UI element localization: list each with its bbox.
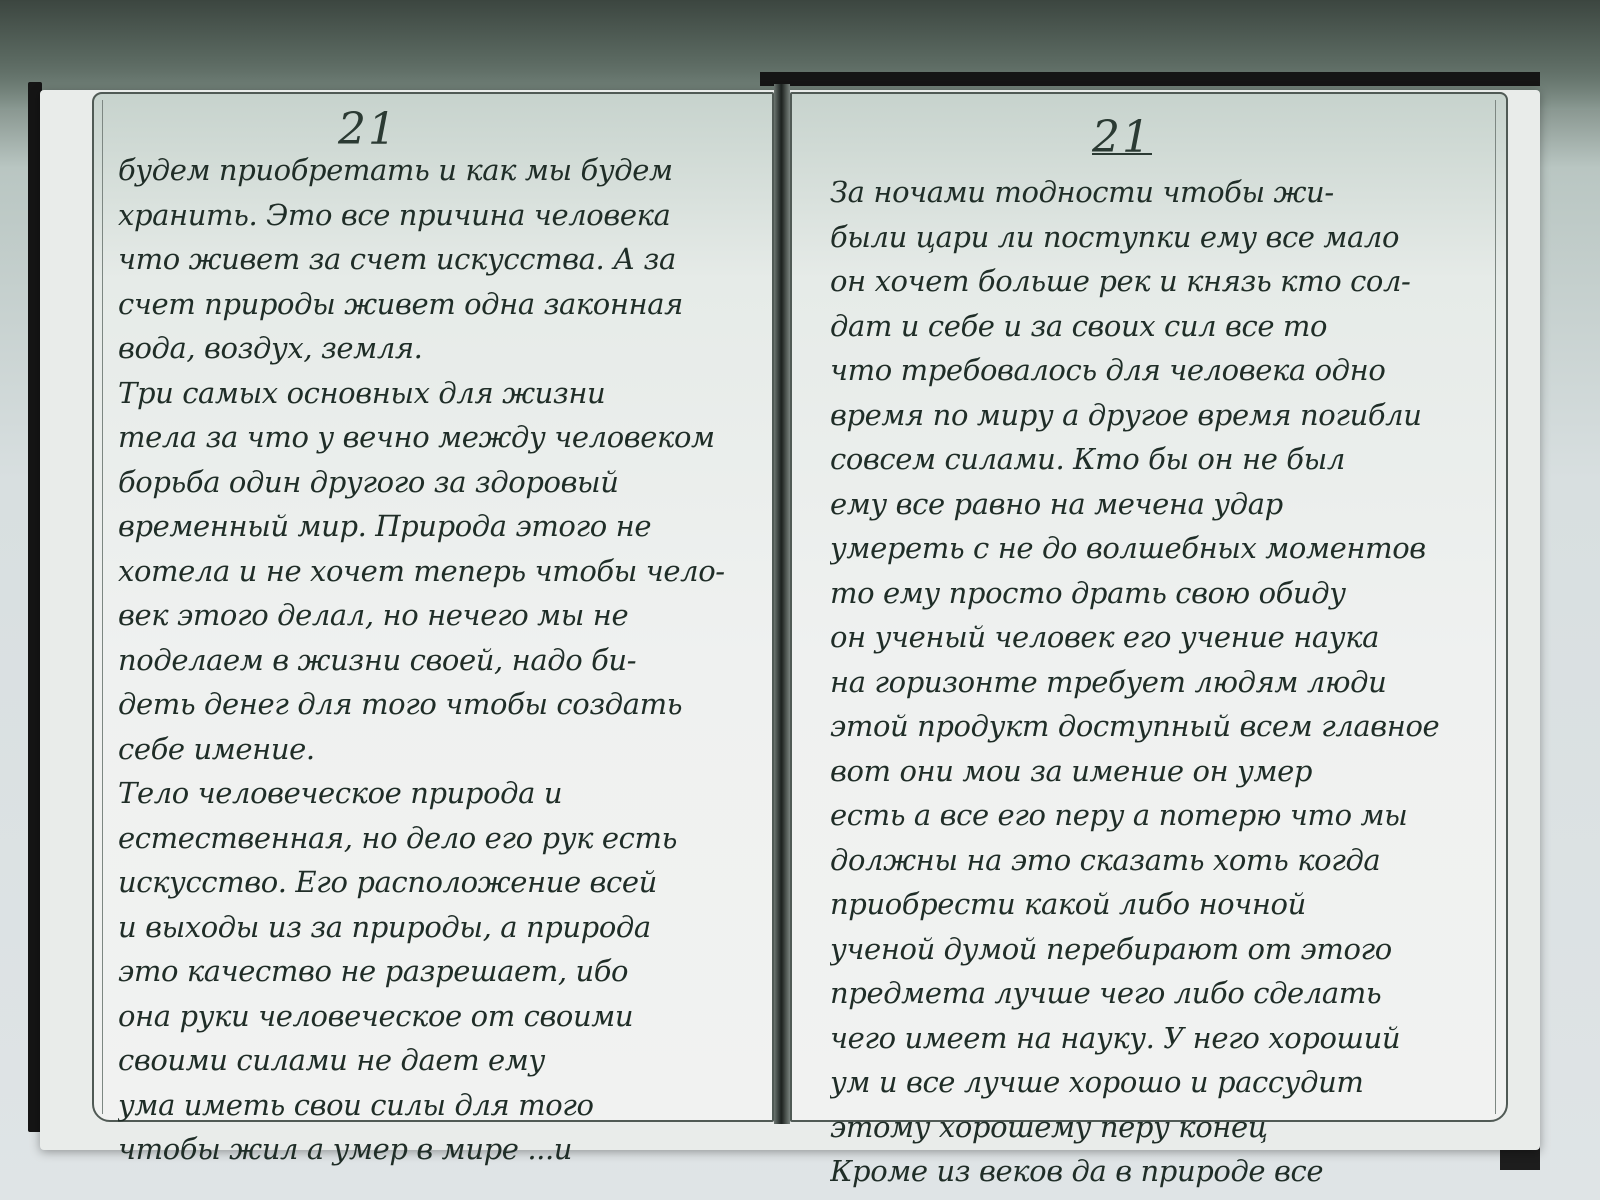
text-line: на горизонте требует людям люди [830, 660, 1490, 705]
left-page-edge-line [102, 100, 103, 1114]
text-line: ум и все лучше хорошо и рассудит [830, 1060, 1490, 1105]
text-line: деть денег для того чтобы создать [118, 682, 738, 727]
text-line: временный мир. Природа этого не [118, 504, 738, 549]
text-line: были цари ли поступки ему все мало [830, 215, 1490, 260]
text-line: ему все равно на мечена удар [830, 482, 1490, 527]
text-line: то ему просто драть свою обиду [830, 571, 1490, 616]
text-line: хранить. Это все причина человека [118, 193, 738, 238]
text-line: и выходы из за природы, а природа [118, 905, 738, 950]
text-line: дат и себе и за своих сил все то [830, 304, 1490, 349]
text-line: поделаем в жизни своей, надо би- [118, 638, 738, 683]
text-line: совсем силами. Кто бы он не был [830, 437, 1490, 482]
text-line: Три самых основных для жизни [118, 371, 738, 416]
text-line: должны на это сказать хоть когда [830, 838, 1490, 883]
text-line: себе имение. [118, 727, 738, 772]
text-line: хотела и не хочет теперь чтобы чело- [118, 549, 738, 594]
text-line: приобрести какой либо ночной [830, 882, 1490, 927]
notebook-spine [774, 84, 790, 1124]
text-line: искусство. Его расположение всей [118, 860, 738, 905]
text-line: он ученый человек его учение наука [830, 615, 1490, 660]
text-line: этому хорошему перу конец [830, 1105, 1490, 1150]
text-line: чего имеет на науку. У него хороший [830, 1016, 1490, 1061]
notebook-back-cover-top-edge [760, 72, 1540, 86]
text-line: есть а все его перу а потерю что мы [830, 793, 1490, 838]
text-line: она руки человеческое от своими [118, 994, 738, 1039]
text-line: Тело человеческое природа и [118, 771, 738, 816]
text-line: Кроме из веков да в природе все [830, 1149, 1490, 1194]
text-line: что требовалось для человека одно [830, 348, 1490, 393]
left-page-text: будем приобретать и как мы будем хранить… [118, 148, 738, 1172]
text-line: ума иметь свои силы для того [118, 1083, 738, 1128]
text-line: этой продукт доступный всем главное [830, 704, 1490, 749]
text-line: естественная, но дело его рук есть [118, 816, 738, 861]
text-line: За ночами тодности чтобы жи- [830, 170, 1490, 215]
right-page-number: 21 [1092, 112, 1152, 163]
text-line: счет природы живет одна законная [118, 282, 738, 327]
text-line: он хочет больше рек и князь кто сол- [830, 259, 1490, 304]
text-line: ученой думой перебирают от этого [830, 927, 1490, 972]
text-line: предмета лучше чего либо сделать [830, 971, 1490, 1016]
text-line: тела за что у вечно между человеком [118, 415, 738, 460]
text-line: своими силами не дает ему [118, 1038, 738, 1083]
text-line: чтобы жил а умер в мире ...и [118, 1127, 738, 1172]
right-page-text: За ночами тодности чтобы жи- были цари л… [830, 170, 1490, 1194]
right-page-edge-line [1495, 100, 1496, 1114]
text-line: вода, воздух, земля. [118, 326, 738, 371]
text-line: будем приобретать и как мы будем [118, 148, 738, 193]
text-line: борьба один другого за здоровый [118, 460, 738, 505]
text-line: вот они мои за имение он умер [830, 749, 1490, 794]
text-line: век этого делал, но нечего мы не [118, 593, 738, 638]
text-line: это качество не разрешает, ибо [118, 949, 738, 994]
text-line: умереть с не до волшебных моментов [830, 526, 1490, 571]
text-line: время по миру а другое время погибли [830, 393, 1490, 438]
text-line: что живет за счет искусства. А за [118, 237, 738, 282]
